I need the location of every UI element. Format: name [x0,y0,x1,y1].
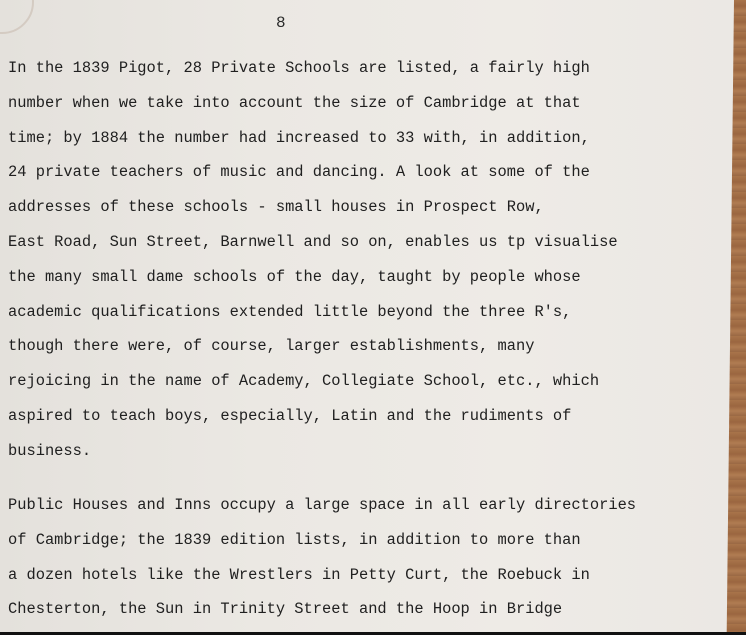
paragraph-schools: In the 1839 Pigot, 28 Private Schools ar… [8,51,618,469]
text-line: number when we take into account the siz… [8,86,618,121]
text-line: addresses of these schools - small house… [8,190,618,225]
text-line: Public Houses and Inns occupy a large sp… [8,488,636,523]
typed-page: 8 In the 1839 Pigot, 28 Private Schools … [0,0,734,635]
page-number: 8 [276,14,286,32]
text-line: 24 private teachers of music and dancing… [8,155,618,190]
text-line: aspired to teach boys, especially, Latin… [8,399,618,434]
paragraph-public-houses: Public Houses and Inns occupy a large sp… [8,488,636,627]
text-line: the many small dame schools of the day, … [8,260,618,295]
text-line: academic qualifications extended little … [8,295,618,330]
text-line: a dozen hotels like the Wrestlers in Pet… [8,558,636,593]
text-line: East Road, Sun Street, Barnwell and so o… [8,225,618,260]
page-corner-fold [0,0,34,34]
text-line: rejoicing in the name of Academy, Colleg… [8,364,618,399]
text-line: Chesterton, the Sun in Trinity Street an… [8,592,636,627]
text-line: of Cambridge; the 1839 edition lists, in… [8,523,636,558]
text-line: though there were, of course, larger est… [8,329,618,364]
text-line: In the 1839 Pigot, 28 Private Schools ar… [8,51,618,86]
text-line: business. [8,434,618,469]
text-line: time; by 1884 the number had increased t… [8,121,618,156]
